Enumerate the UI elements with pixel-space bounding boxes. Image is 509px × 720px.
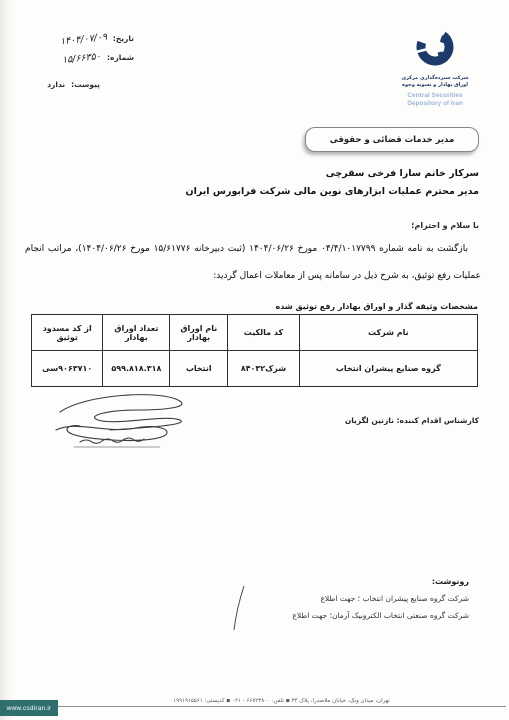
- table-header-cell: نام اوراق بهادار: [170, 315, 228, 351]
- footer-address: تهران، میدان ونک، خیابان ملاصدرا، پلاک ۳…: [62, 698, 501, 704]
- logo-en-line2: Depository of Iran: [387, 100, 483, 108]
- expert-label: کارشناس اقدام کننده:: [397, 416, 479, 425]
- number-value: ۱۵/۶۶۳۵۰: [62, 51, 102, 66]
- company-logo: شرکت سپرده‌گذاری مرکزی اوراق بهادار و تس…: [387, 22, 483, 108]
- logo-en-line1: Central Securities: [387, 92, 483, 100]
- footer-divider: [55, 706, 506, 707]
- logo-fa-line1: شرکت سپرده‌گذاری مرکزی: [387, 75, 483, 82]
- table-row: گروه صنایع پیشران انتخابشرک۸۴۰۳۲انتخاب۵۹…: [32, 351, 478, 387]
- number-row: شماره: ۱۵/۶۶۳۵۰: [6, 53, 134, 64]
- website-label: www.csdiran.ir: [0, 700, 58, 716]
- expert-line: کارشناس اقدام کننده: نازنین لگزیان: [345, 416, 479, 425]
- expert-name: نازنین لگزیان: [345, 416, 394, 425]
- letterhead-meta: تاریخ: ۱۴۰۴/۰۷/۰۹ شماره: ۱۵/۶۶۳۵۰ پیوست:…: [6, 30, 134, 89]
- date-value: ۱۴۰۴/۰۷/۰۹: [59, 32, 107, 48]
- signature-scribble: [46, 390, 196, 454]
- recipient-title: مدیر محترم عملیات ابزارهای نوین مالی شرک…: [185, 186, 479, 197]
- csdi-logo-icon: [410, 22, 460, 72]
- table-header-cell: نام شرکت: [299, 315, 477, 351]
- table-header-cell: تعداد اوراق بهادار: [103, 315, 170, 351]
- number-label: شماره:: [107, 53, 134, 62]
- department-stamp-box: مدیر خدمات قضائی و حقوقی: [305, 127, 479, 152]
- table-cell: ۹۰۶۳۷۱۰سی: [32, 351, 103, 387]
- attachment-label: پیوست:: [71, 80, 100, 89]
- securities-table: نام شرکتکد مالکیتنام اوراق بهادارتعداد ا…: [31, 314, 478, 387]
- cc-item: شرکت گروه صنعتی انتخاب الکترونیک آرمان؛ …: [288, 607, 469, 624]
- handwritten-check-mark: [232, 584, 246, 632]
- attachment-row: پیوست: ندارد: [6, 80, 134, 89]
- table-cell: انتخاب: [170, 351, 228, 387]
- table-cell: گروه صنایع پیشران انتخاب: [299, 351, 477, 387]
- letter-page: تاریخ: ۱۴۰۴/۰۷/۰۹ شماره: ۱۵/۶۶۳۵۰ پیوست:…: [0, 0, 509, 720]
- cc-item: شرکت گروه صنایع پیشران انتخاب ؛ جهت اطلا…: [288, 590, 469, 607]
- date-row: تاریخ: ۱۴۰۴/۰۷/۰۹: [6, 34, 134, 45]
- cc-title: رونوشت:: [288, 577, 469, 586]
- body-paragraph: بازگشت به نامه شماره ۰۴/۴/۱۰۱۷۷۹۹ مورخ ۱…: [25, 236, 481, 290]
- table-header-cell: کد مالکیت: [228, 315, 299, 351]
- salutation: با سلام و احترام؛: [411, 221, 479, 230]
- logo-fa-line2: اوراق بهادار و تسویه وجوه: [387, 82, 483, 89]
- recipient-block: سرکار خانم سارا فرخی سقرچی مدیر محترم عم…: [185, 168, 479, 197]
- table-cell: ۵۹۹.۸۱۸.۳۱۸: [103, 351, 170, 387]
- table-header-cell: از کد مسدود توثیق: [32, 315, 103, 351]
- table-cell: شرک۸۴۰۳۲: [228, 351, 299, 387]
- attachment-value: ندارد: [47, 80, 65, 89]
- date-label: تاریخ:: [113, 34, 134, 43]
- cc-block: رونوشت: شرکت گروه صنایع پیشران انتخاب ؛ …: [288, 577, 469, 624]
- table-caption: مشخصات وثیقه گذار و اوراق بهادار رفع توث…: [276, 302, 479, 311]
- table-header-row: نام شرکتکد مالکیتنام اوراق بهادارتعداد ا…: [32, 315, 478, 351]
- recipient-name: سرکار خانم سارا فرخی سقرچی: [185, 168, 479, 179]
